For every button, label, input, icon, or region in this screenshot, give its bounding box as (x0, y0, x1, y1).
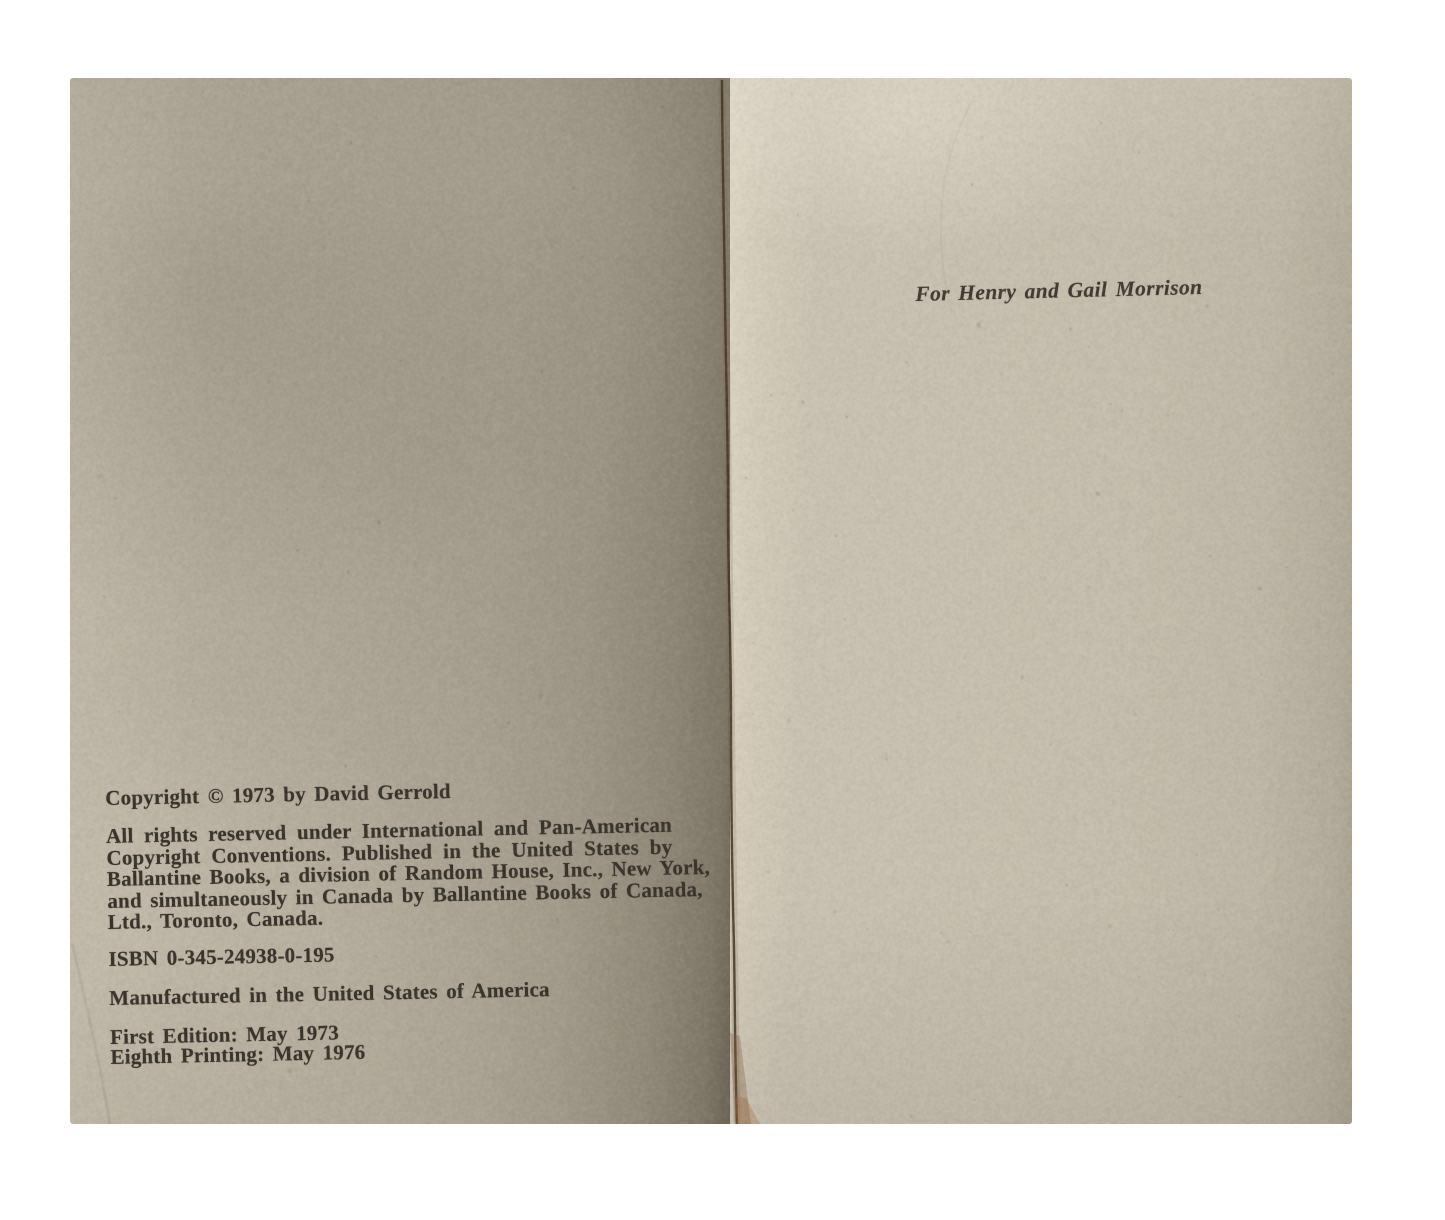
copyright-line: Copyright © 1973 by David Gerrold (105, 779, 451, 811)
isbn-line: ISBN 0-345-24938-0-195 (108, 942, 335, 972)
dedication-text: For Henry and Gail Morrison (915, 275, 1203, 307)
eighth-printing-line: Eighth Printing: May 1976 (110, 1040, 365, 1070)
copyright-page: Copyright © 1973 by David Gerrold All ri… (70, 78, 730, 1124)
open-book-photo: Copyright © 1973 by David Gerrold All ri… (70, 78, 1352, 1124)
dedication-page: For Henry and Gail Morrison (730, 78, 1352, 1124)
copyright-text-block: Copyright © 1973 by David Gerrold All ri… (105, 773, 671, 784)
rights-paragraph: All rights reserved under International … (106, 815, 674, 934)
manufactured-line: Manufactured in the United States of Ame… (109, 977, 550, 1011)
